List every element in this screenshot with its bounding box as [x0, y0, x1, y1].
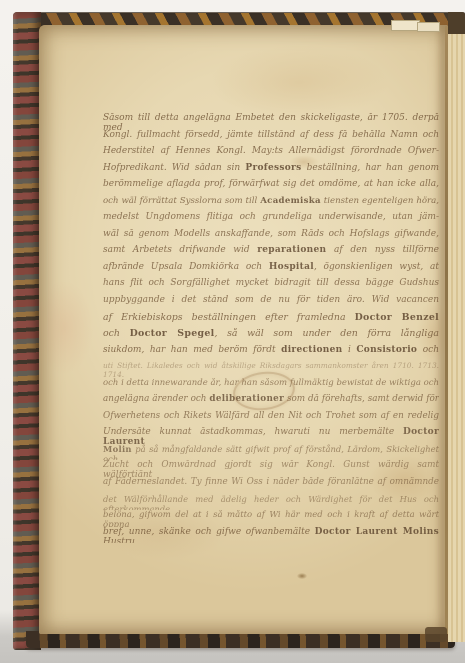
facing-page-edge: [448, 26, 465, 642]
manuscript-line: bref, unne, skänke och gifwe ofwanbemält…: [103, 527, 439, 544]
manuscript-line: uppbyggande i det stånd som de nu för ti…: [103, 295, 439, 312]
manuscript-line: Undersåte kunnat åstadkommas, hwaruti nu…: [103, 427, 439, 444]
manuscript-line: af Fäderneslandet. Ty finne Wi Oss i nåd…: [103, 477, 439, 494]
manuscript-line: det Wälförhållande med ädelig heder och …: [103, 494, 439, 511]
manuscript-line: siukdom, har han med beröm fördt directi…: [103, 345, 439, 362]
binding-corner-blotch: [425, 627, 447, 642]
manuscript-line: Zucht och Omwårdnad gjordt sig wår Kongl…: [103, 460, 439, 477]
manuscript-line: samt Arbetets drifwande wid reparationen…: [103, 245, 439, 262]
manuscript-line: hans flit och Sorgfällighet mycket bidra…: [103, 278, 439, 295]
latin-script-emphasis: Hospital: [269, 262, 314, 272]
manuscript-line: och Doctor Spegel, så wäl som under den …: [103, 328, 439, 345]
manuscript-line: och wäl förrättat Sysslorna som till Aca…: [103, 196, 439, 213]
manuscript-line: wäl så genom Modells anskaffande, som Rå…: [103, 229, 439, 246]
spine-top-corner: [448, 12, 465, 34]
latin-script-emphasis: Doctor Spegel: [130, 328, 215, 339]
manuscript-line: medelst Ungdomens flitiga och grundeliga…: [103, 212, 439, 229]
manuscript-line: Hofpredikant. Wid sådan sin Professors b…: [103, 163, 439, 180]
latin-script-emphasis: reparationen: [257, 245, 326, 255]
latin-script-emphasis: Doctor Benzel: [355, 312, 439, 323]
manuscript-line: Molin på så mångfaldande sätt gifwit pro…: [103, 444, 439, 461]
manuscript-page: Såsom till detta angelägna Embetet den s…: [39, 25, 448, 634]
paper-stain: [209, 45, 389, 120]
page-corner-tab: [417, 22, 440, 32]
latin-script-emphasis: Professors: [245, 163, 301, 173]
manuscript-line: Hederstitel af Hennes Kongl. May:ts Alle…: [103, 146, 439, 163]
manuscript-line: belöna, gifwom del at i så måtto af Wi h…: [103, 510, 439, 527]
manuscript-text-block: Såsom till detta angelägna Embetet den s…: [103, 113, 439, 543]
page-gutter-fold: [445, 26, 448, 634]
latin-script-emphasis: Doctor Laurent Molins: [315, 527, 439, 537]
manuscript-line: af Erkiebiskops beställningen efter fram…: [103, 312, 439, 329]
manuscript-line: afbrände Upsala Domkiörka och Hospital, …: [103, 262, 439, 279]
book-cover-marbled-edge: [13, 12, 41, 650]
manuscript-line: Kongl. fullmacht försedd, jämte tillstån…: [103, 130, 439, 147]
scanner-background: Såsom till detta angelägna Embetet den s…: [0, 0, 465, 663]
paper-stain: [34, 280, 94, 375]
manuscript-line: berömmelige aflagda prof, förwärfwat sig…: [103, 179, 439, 196]
page-corner-tab: [391, 20, 420, 31]
latin-script-emphasis: Consistorio: [356, 345, 417, 355]
latin-script-emphasis: directionen: [281, 345, 342, 355]
latin-script-emphasis: Molin: [103, 444, 132, 454]
ink-fleck: [297, 573, 307, 579]
manuscript-line: Öfwerhetens och Rikets Wälfärd all den N…: [103, 411, 439, 428]
manuscript-line: Såsom till detta angelägna Embetet den s…: [103, 113, 439, 130]
latin-script-emphasis: Academiska: [260, 196, 321, 206]
